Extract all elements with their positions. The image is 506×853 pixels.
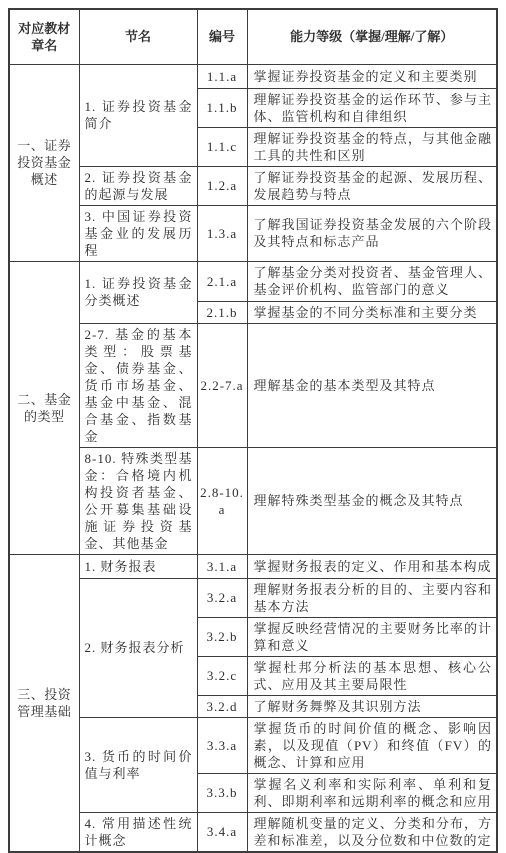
item-number: 2.1.a — [197, 261, 247, 301]
item-desc: 掌握货币的时间价值的概念、影响因素，以及现值（PV）和终值（FV）的概念、计算和… — [247, 717, 497, 773]
item-number: 2.2-7.a — [197, 323, 247, 447]
section-cell: 2. 证券投资基金的起源与发展 — [79, 166, 197, 205]
item-number: 3.2.b — [197, 617, 247, 656]
table-row: 8-10. 特殊类型基金：合格境内机构投资者基金、公开募集基础设施证券投资基金、… — [9, 447, 497, 554]
table-row: 3. 货币的时间价值与利率 3.3.a 掌握货币的时间价值的概念、影响因素，以及… — [9, 717, 497, 773]
header-number: 编号 — [197, 9, 247, 64]
table-row: 二、基金的类型 1. 证券投资基金分类概述 2.1.a 了解基金分类对投资者、基… — [9, 261, 497, 301]
item-desc: 掌握杜邦分析法的基本思想、核心公式、应用及其主要局限性 — [247, 656, 497, 695]
item-desc: 了解我国证券投资基金发展的六个阶段及其特点和标志产品 — [247, 205, 497, 261]
item-number: 3.2.d — [197, 695, 247, 717]
item-number: 1.1.c — [197, 127, 247, 166]
item-desc: 掌握反映经营情况的主要财务比率的计算和意义 — [247, 617, 497, 656]
table-row: 一、证券投资基金概述 1. 证券投资基金简介 1.1.a 掌握证券投资基金的定义… — [9, 64, 497, 88]
header-section: 节名 — [79, 9, 197, 64]
chapter-cell: 三、投资管理基础 — [9, 554, 79, 800]
chapter-cell: 二、基金的类型 — [9, 261, 79, 554]
section-cell: 2-7. 基金的基本类型：股票基金、债券基金、货币市场基金、基金中基金、混合基金… — [79, 323, 197, 447]
syllabus-table: 对应教材章名 节名 编号 能力等级（掌握/理解/了解） 一、证券投资基金概述 1… — [8, 8, 498, 800]
item-desc: 了解证券投资基金的起源、发展历程、发展趋势与特点 — [247, 166, 497, 205]
item-desc: 理解基金的基本类型及其特点 — [247, 323, 497, 447]
table-row: 2. 财务报表分析 3.2.a 理解财务报表分析的目的、主要内容和基本方法 — [9, 578, 497, 617]
item-desc: 理解证券投资基金的运作环节、参与主体、监管机构和自律组织 — [247, 88, 497, 127]
item-number: 3.2.c — [197, 656, 247, 695]
item-desc: 了解基金分类对投资者、基金管理人、基金评价机构、监管部门的意义 — [247, 261, 497, 301]
table-row: 2. 证券投资基金的起源与发展 1.2.a 了解证券投资基金的起源、发展历程、发… — [9, 166, 497, 205]
item-number: 2.1.b — [197, 301, 247, 323]
header-row: 对应教材章名 节名 编号 能力等级（掌握/理解/了解） — [9, 9, 497, 64]
item-desc: 掌握名义利率和实际利率、单利和复利、即期利率和远期利率的概念和应用 — [247, 773, 497, 800]
item-number: 2.8-10.a — [197, 447, 247, 554]
item-desc: 掌握证券投资基金的定义和主要类别 — [247, 64, 497, 88]
section-cell: 2. 财务报表分析 — [79, 578, 197, 717]
section-cell: 3. 货币的时间价值与利率 — [79, 717, 197, 800]
section-cell: 8-10. 特殊类型基金：合格境内机构投资者基金、公开募集基础设施证券投资基金、… — [79, 447, 197, 554]
table-row: 3. 中国证券投资基金业的发展历程 1.3.a 了解我国证券投资基金发展的六个阶… — [9, 205, 497, 261]
item-number: 3.1.a — [197, 554, 247, 578]
item-desc: 了解财务舞弊及其识别方法 — [247, 695, 497, 717]
item-desc: 掌握财务报表的定义、作用和基本构成 — [247, 554, 497, 578]
item-number: 1.2.a — [197, 166, 247, 205]
item-desc: 理解财务报表分析的目的、主要内容和基本方法 — [247, 578, 497, 617]
item-number: 3.3.a — [197, 717, 247, 773]
item-desc: 理解特殊类型基金的概念及其特点 — [247, 447, 497, 554]
header-ability: 能力等级（掌握/理解/了解） — [247, 9, 497, 64]
table-row: 三、投资管理基础 1. 财务报表 3.1.a 掌握财务报表的定义、作用和基本构成 — [9, 554, 497, 578]
syllabus-page: 对应教材章名 节名 编号 能力等级（掌握/理解/了解） 一、证券投资基金概述 1… — [8, 8, 496, 800]
item-number: 1.1.b — [197, 88, 247, 127]
chapter-cell: 一、证券投资基金概述 — [9, 64, 79, 261]
item-number: 3.3.b — [197, 773, 247, 800]
table-row: 2-7. 基金的基本类型：股票基金、债券基金、货币市场基金、基金中基金、混合基金… — [9, 323, 497, 447]
section-cell: 1. 证券投资基金分类概述 — [79, 261, 197, 323]
section-cell: 1. 证券投资基金简介 — [79, 64, 197, 166]
item-number: 3.2.a — [197, 578, 247, 617]
item-number: 1.3.a — [197, 205, 247, 261]
item-desc: 掌握基金的不同分类标准和主要分类 — [247, 301, 497, 323]
item-desc: 理解证券投资基金的特点，与其他金融工具的共性和区别 — [247, 127, 497, 166]
item-number: 1.1.a — [197, 64, 247, 88]
section-cell: 3. 中国证券投资基金业的发展历程 — [79, 205, 197, 261]
section-cell: 1. 财务报表 — [79, 554, 197, 578]
header-chapter: 对应教材章名 — [9, 9, 79, 64]
